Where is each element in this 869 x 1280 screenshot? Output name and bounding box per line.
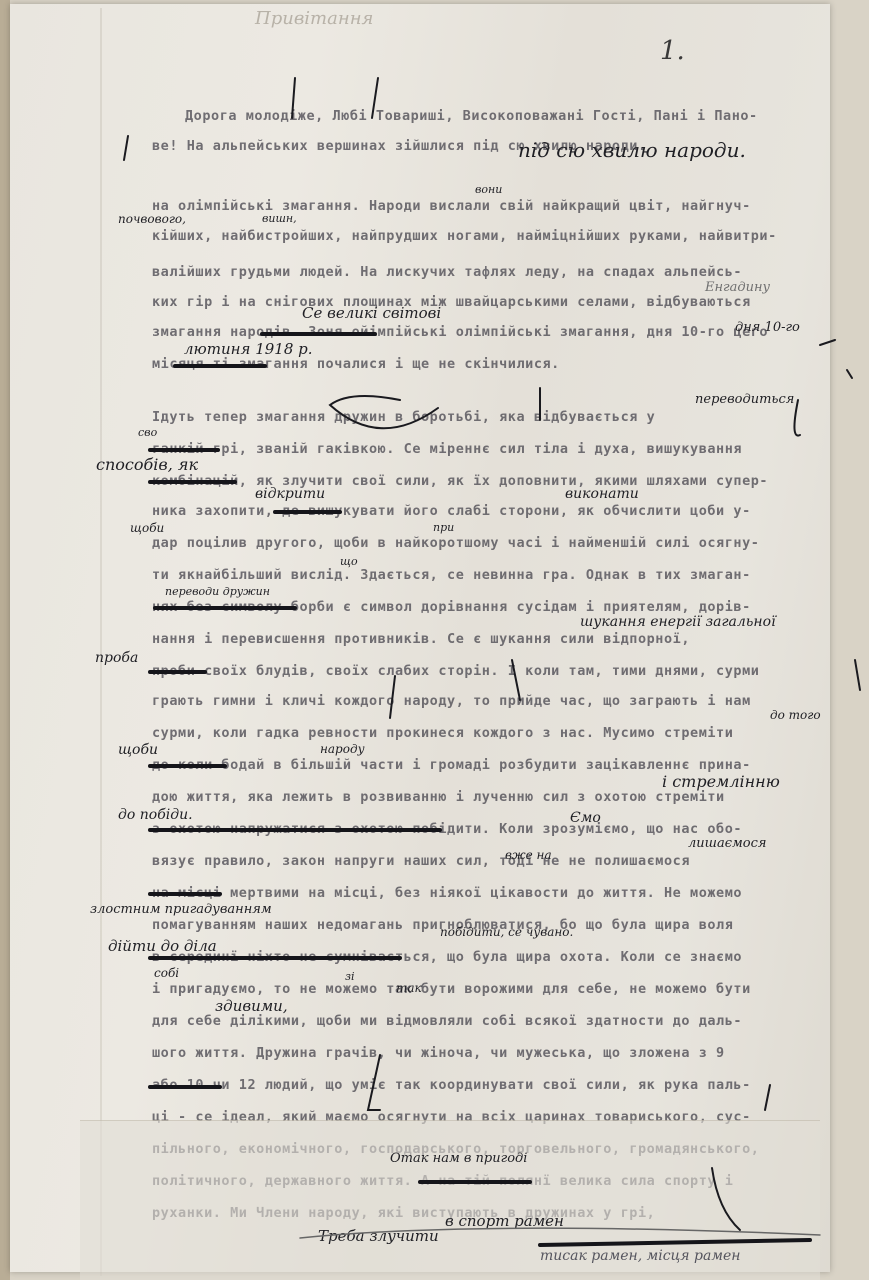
exclamation-stroke xyxy=(292,78,295,118)
pen-strokes-layer xyxy=(0,0,869,1280)
paragraph-mark xyxy=(368,1055,380,1110)
exclamation-stroke xyxy=(124,136,128,160)
insertion-mark xyxy=(794,400,800,436)
strikethrough xyxy=(540,1240,810,1245)
exclamation-stroke xyxy=(372,78,378,118)
circle-mark xyxy=(330,396,438,428)
caret-mark xyxy=(390,676,395,718)
